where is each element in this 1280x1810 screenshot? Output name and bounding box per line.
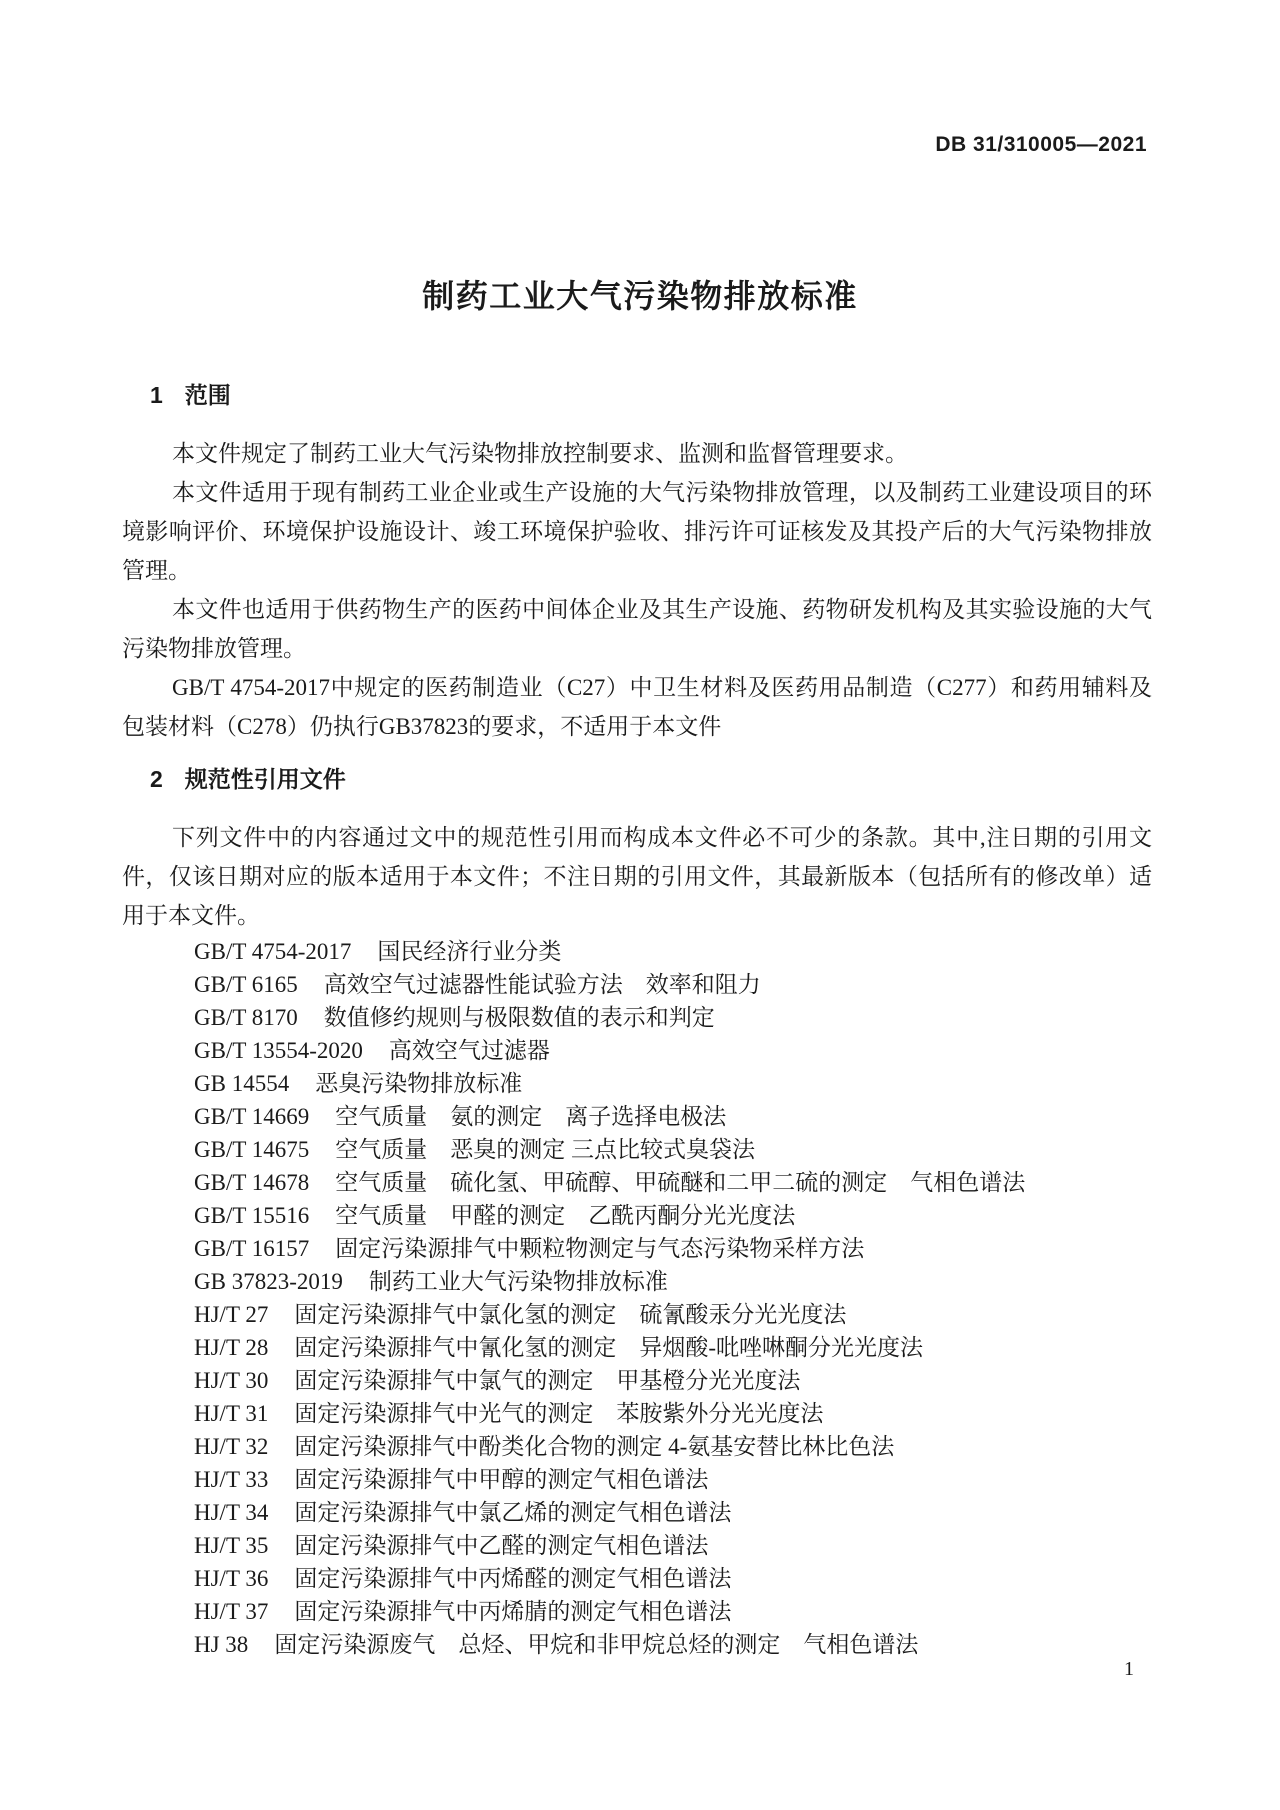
reference-title: 固定污染源排气中氯乙烯的测定气相色谱法 xyxy=(294,1500,731,1525)
reference-code: GB/T 14678 xyxy=(194,1170,309,1195)
reference-code: GB/T 6165 xyxy=(194,972,298,997)
reference-code: HJ/T 32 xyxy=(194,1434,268,1459)
reference-code: HJ/T 34 xyxy=(194,1500,268,1525)
reference-title: 固定污染源排气中丙烯腈的测定气相色谱法 xyxy=(294,1599,731,1624)
reference-code: GB/T 13554-2020 xyxy=(194,1038,363,1063)
section-2-paragraphs: 下列文件中的内容通过文中的规范性引用而构成本文件必不可少的条款。其中,注日期的引… xyxy=(122,818,1152,935)
reference-code: HJ/T 33 xyxy=(194,1467,268,1492)
section-1-title: 范围 xyxy=(185,382,231,408)
reference-item: GB/T 13554-2020高效空气过滤器 xyxy=(194,1034,1152,1067)
reference-item: GB/T 14669空气质量 氨的测定 离子选择电极法 xyxy=(194,1100,1152,1133)
reference-code: GB/T 4754-2017 xyxy=(194,939,351,964)
reference-item: HJ/T 35固定污染源排气中乙醛的测定气相色谱法 xyxy=(194,1529,1152,1562)
reference-item: GB/T 14675空气质量 恶臭的测定 三点比较式臭袋法 xyxy=(194,1133,1152,1166)
reference-title: 固定污染源排气中甲醇的测定气相色谱法 xyxy=(294,1467,708,1492)
section-1-paragraphs: 本文件规定了制药工业大气污染物排放控制要求、监测和监督管理要求。 本文件适用于现… xyxy=(122,434,1152,746)
reference-item: GB 37823-2019制药工业大气污染物排放标准 xyxy=(194,1265,1152,1298)
reference-title: 固定污染源排气中氯气的测定 甲基橙分光光度法 xyxy=(294,1368,800,1393)
reference-title: 空气质量 氨的测定 离子选择电极法 xyxy=(335,1104,726,1129)
reference-item: GB/T 16157固定污染源排气中颗粒物测定与气态污染物采样方法 xyxy=(194,1232,1152,1265)
section-2-title: 规范性引用文件 xyxy=(185,766,346,792)
document-title: 制药工业大气污染物排放标准 xyxy=(0,271,1280,317)
reference-title: 固定污染源废气 总烃、甲烷和非甲烷总烃的测定 气相色谱法 xyxy=(274,1632,918,1657)
reference-code: GB 14554 xyxy=(194,1071,289,1096)
reference-code: GB/T 16157 xyxy=(194,1236,309,1261)
reference-title: 固定污染源排气中乙醛的测定气相色谱法 xyxy=(294,1533,708,1558)
standard-code: DB 31/310005—2021 xyxy=(935,133,1147,157)
reference-code: HJ/T 36 xyxy=(194,1566,268,1591)
reference-item: HJ/T 36固定污染源排气中丙烯醛的测定气相色谱法 xyxy=(194,1562,1152,1595)
document-page: DB 31/310005—2021 制药工业大气污染物排放标准 1范围 本文件规… xyxy=(0,0,1280,1810)
reference-code: GB/T 8170 xyxy=(194,1005,298,1030)
reference-code: GB/T 14675 xyxy=(194,1137,309,1162)
reference-title: 空气质量 硫化氢、甲硫醇、甲硫醚和二甲二硫的测定 气相色谱法 xyxy=(335,1170,1025,1195)
reference-title: 数值修约规则与极限数值的表示和判定 xyxy=(324,1005,715,1030)
reference-code: HJ/T 28 xyxy=(194,1335,268,1360)
reference-item: HJ/T 33固定污染源排气中甲醇的测定气相色谱法 xyxy=(194,1463,1152,1496)
reference-title: 固定污染源排气中酚类化合物的测定 4-氨基安替比林比色法 xyxy=(294,1434,894,1459)
paragraph: GB/T 4754-2017中规定的医药制造业（C27）中卫生材料及医药用品制造… xyxy=(122,668,1152,746)
reference-item: HJ/T 37固定污染源排气中丙烯腈的测定气相色谱法 xyxy=(194,1595,1152,1628)
reference-code: GB 37823-2019 xyxy=(194,1269,343,1294)
reference-item: HJ/T 31固定污染源排气中光气的测定 苯胺紫外分光光度法 xyxy=(194,1397,1152,1430)
reference-item: GB/T 6165高效空气过滤器性能试验方法 效率和阻力 xyxy=(194,968,1152,1001)
reference-title: 高效空气过滤器性能试验方法 效率和阻力 xyxy=(324,972,761,997)
reference-code: HJ/T 27 xyxy=(194,1302,268,1327)
document-body: 1范围 本文件规定了制药工业大气污染物排放控制要求、监测和监督管理要求。 本文件… xyxy=(122,380,1152,1661)
reference-item: HJ/T 34固定污染源排气中氯乙烯的测定气相色谱法 xyxy=(194,1496,1152,1529)
reference-code: GB/T 15516 xyxy=(194,1203,309,1228)
reference-item: GB/T 14678空气质量 硫化氢、甲硫醇、甲硫醚和二甲二硫的测定 气相色谱法 xyxy=(194,1166,1152,1199)
reference-item: HJ 38固定污染源废气 总烃、甲烷和非甲烷总烃的测定 气相色谱法 xyxy=(194,1628,1152,1661)
reference-code: HJ/T 35 xyxy=(194,1533,268,1558)
reference-title: 固定污染源排气中颗粒物测定与气态污染物采样方法 xyxy=(335,1236,864,1261)
reference-title: 固定污染源排气中光气的测定 苯胺紫外分光光度法 xyxy=(294,1401,823,1426)
reference-item: HJ/T 28固定污染源排气中氰化氢的测定 异烟酸-吡唑啉酮分光光度法 xyxy=(194,1331,1152,1364)
section-1-number: 1 xyxy=(150,382,163,408)
reference-code: HJ 38 xyxy=(194,1632,248,1657)
reference-code: GB/T 14669 xyxy=(194,1104,309,1129)
section-2-number: 2 xyxy=(150,766,163,792)
reference-code: HJ/T 37 xyxy=(194,1599,268,1624)
reference-item: HJ/T 30固定污染源排气中氯气的测定 甲基橙分光光度法 xyxy=(194,1364,1152,1397)
reference-title: 国民经济行业分类 xyxy=(377,939,561,964)
reference-title: 固定污染源排气中丙烯醛的测定气相色谱法 xyxy=(294,1566,731,1591)
reference-title: 制药工业大气污染物排放标准 xyxy=(369,1269,668,1294)
reference-item: GB/T 15516空气质量 甲醛的测定 乙酰丙酮分光光度法 xyxy=(194,1199,1152,1232)
reference-title: 空气质量 恶臭的测定 三点比较式臭袋法 xyxy=(335,1137,755,1162)
reference-code: HJ/T 31 xyxy=(194,1401,268,1426)
section-1-heading: 1范围 xyxy=(150,380,1152,410)
reference-item: HJ/T 27固定污染源排气中氯化氢的测定 硫氰酸汞分光光度法 xyxy=(194,1298,1152,1331)
paragraph: 本文件适用于现有制药工业企业或生产设施的大气污染物排放管理，以及制药工业建设项目… xyxy=(122,473,1152,590)
reference-list: GB/T 4754-2017国民经济行业分类 GB/T 6165高效空气过滤器性… xyxy=(194,935,1152,1661)
reference-item: GB/T 4754-2017国民经济行业分类 xyxy=(194,935,1152,968)
reference-code: HJ/T 30 xyxy=(194,1368,268,1393)
page-number: 1 xyxy=(1124,1658,1134,1681)
section-2-heading: 2规范性引用文件 xyxy=(150,764,1152,794)
reference-title: 恶臭污染物排放标准 xyxy=(315,1071,522,1096)
reference-item: HJ/T 32固定污染源排气中酚类化合物的测定 4-氨基安替比林比色法 xyxy=(194,1430,1152,1463)
reference-item: GB/T 8170数值修约规则与极限数值的表示和判定 xyxy=(194,1001,1152,1034)
paragraph: 下列文件中的内容通过文中的规范性引用而构成本文件必不可少的条款。其中,注日期的引… xyxy=(122,818,1152,935)
reference-title: 固定污染源排气中氰化氢的测定 异烟酸-吡唑啉酮分光光度法 xyxy=(294,1335,923,1360)
reference-item: GB 14554恶臭污染物排放标准 xyxy=(194,1067,1152,1100)
reference-title: 空气质量 甲醛的测定 乙酰丙酮分光光度法 xyxy=(335,1203,795,1228)
paragraph: 本文件规定了制药工业大气污染物排放控制要求、监测和监督管理要求。 xyxy=(122,434,1152,473)
reference-title: 高效空气过滤器 xyxy=(389,1038,550,1063)
paragraph: 本文件也适用于供药物生产的医药中间体企业及其生产设施、药物研发机构及其实验设施的… xyxy=(122,590,1152,668)
reference-title: 固定污染源排气中氯化氢的测定 硫氰酸汞分光光度法 xyxy=(294,1302,846,1327)
